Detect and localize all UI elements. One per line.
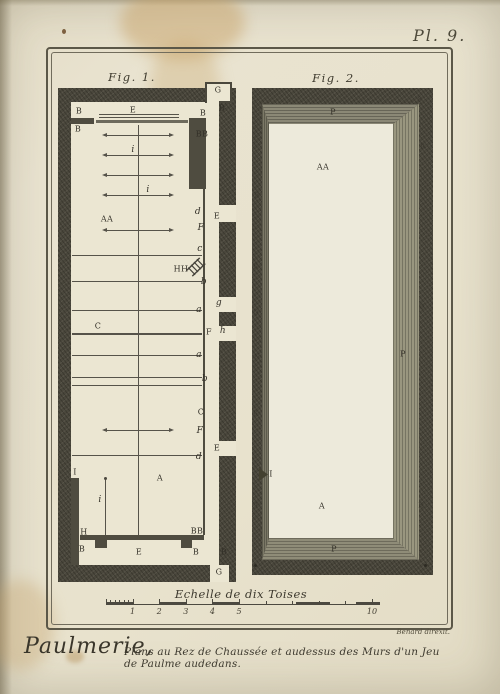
fig1-bench-line — [99, 114, 179, 115]
corner-mark — [424, 564, 427, 567]
corner-mark — [254, 564, 257, 567]
fig2-wall-left-bevel — [262, 104, 269, 560]
fig1-door-g — [219, 297, 236, 312]
engraving-page: Pl. 9. Fig. 1. Fig. 2. GBBEBBBBiiAAdEFcH… — [0, 0, 500, 694]
fig1-door-E-upper — [219, 205, 236, 222]
fig1-thinwall-top — [96, 120, 188, 123]
ink-speck — [62, 29, 66, 34]
fig1-corridor-wall — [203, 189, 205, 535]
fig1-wall-step — [71, 478, 79, 565]
fig1-annex-passage — [207, 100, 219, 104]
fig1-post — [95, 535, 107, 548]
paper-edge-top — [0, 0, 500, 6]
fig2-wall-bottom-bevel — [262, 538, 419, 560]
fig1-post — [181, 535, 192, 548]
engraver-credit: Benard direxit. — [348, 628, 450, 636]
fig1-thinwall-bottom — [80, 535, 96, 540]
fig1-door-G-bottom — [210, 565, 229, 582]
plate-number: Pl. 9. — [413, 26, 483, 45]
fig1-bench-line — [99, 117, 179, 118]
fig1-dedans-wall-block — [189, 118, 206, 189]
fig1-door-h — [219, 326, 236, 341]
fig2-caption: Fig. 2. — [291, 71, 381, 85]
fig2-wall-top-bevel — [262, 104, 419, 124]
caption-subtitle: Plans au Rez de Chaussée et audessus des… — [124, 646, 454, 670]
fig1-thinwall-bottom — [192, 535, 204, 540]
fig1-thinwall-bottom — [107, 535, 181, 540]
fig1-thinwall-top — [71, 118, 94, 124]
fig1-caption: Fig. 1. — [87, 70, 177, 84]
paper-edge-left — [0, 0, 12, 694]
scale-title: Echelle de dix Toises — [156, 587, 326, 601]
fig2-interior — [269, 124, 393, 538]
fig1-door-E-lower — [219, 441, 236, 456]
fig2-wall-right-bevel — [393, 104, 419, 560]
